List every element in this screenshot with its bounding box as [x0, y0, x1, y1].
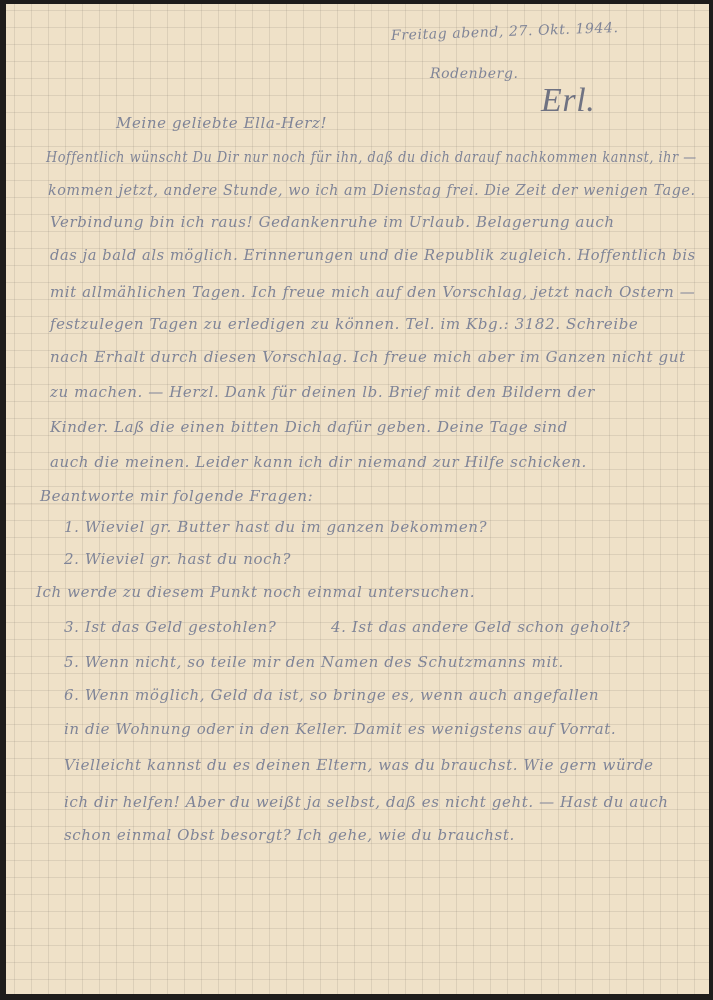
- body-line: festzulegen Tagen zu erledigen zu können…: [50, 315, 638, 333]
- place-line: Rodenberg.: [430, 66, 519, 82]
- list-item-6: 6. Wenn möglich, Geld da ist, so bringe …: [64, 686, 599, 704]
- body-line: das ja bald als möglich. Erinnerungen un…: [50, 246, 696, 264]
- list-item-5: 5. Wenn nicht, so teile mir den Namen de…: [64, 653, 564, 671]
- middle-line: Ich werde zu diesem Punkt noch einmal un…: [36, 583, 475, 601]
- letter-paper: Freitag abend, 27. Okt. 1944. Rodenberg.…: [6, 4, 709, 994]
- body-line: Verbindung bin ich raus! Gedankenruhe im…: [50, 213, 615, 231]
- closing-line: ich dir helfen! Aber du weißt ja selbst,…: [64, 793, 668, 811]
- date-line: Freitag abend, 27. Okt. 1944.: [391, 20, 619, 44]
- question-2: 2. Wieviel gr. hast du noch?: [64, 550, 291, 568]
- salutation: Meine geliebte Ella-Herz!: [116, 114, 327, 132]
- list-item-6-cont: in die Wohnung oder in den Keller. Damit…: [64, 720, 616, 738]
- body-line: Hoffentlich wünscht Du Dir nur noch für …: [46, 148, 697, 166]
- body-line: nach Erhalt durch diesen Vorschlag. Ich …: [50, 348, 686, 366]
- body-line: zu machen. — Herzl. Dank für deinen lb. …: [50, 383, 595, 401]
- question-3: 3. Ist das Geld gestohlen?: [64, 618, 276, 636]
- body-line: Kinder. Laß die einen bitten Dich dafür …: [50, 418, 568, 436]
- body-line: mit allmählichen Tagen. Ich freue mich a…: [50, 283, 695, 301]
- body-line: kommen jetzt, andere Stunde, wo ich am D…: [48, 181, 696, 199]
- question-4: 4. Ist das andere Geld schon geholt?: [331, 618, 630, 636]
- initials-mark: Erl.: [541, 82, 595, 120]
- body-line: auch die meinen. Leider kann ich dir nie…: [50, 453, 587, 471]
- closing-line: Vielleicht kannst du es deinen Eltern, w…: [64, 756, 654, 774]
- closing-line: schon einmal Obst besorgt? Ich gehe, wie…: [64, 826, 515, 844]
- question-1: 1. Wieviel gr. Butter hast du im ganzen …: [64, 518, 487, 536]
- body-line: Beantworte mir folgende Fragen:: [40, 487, 313, 505]
